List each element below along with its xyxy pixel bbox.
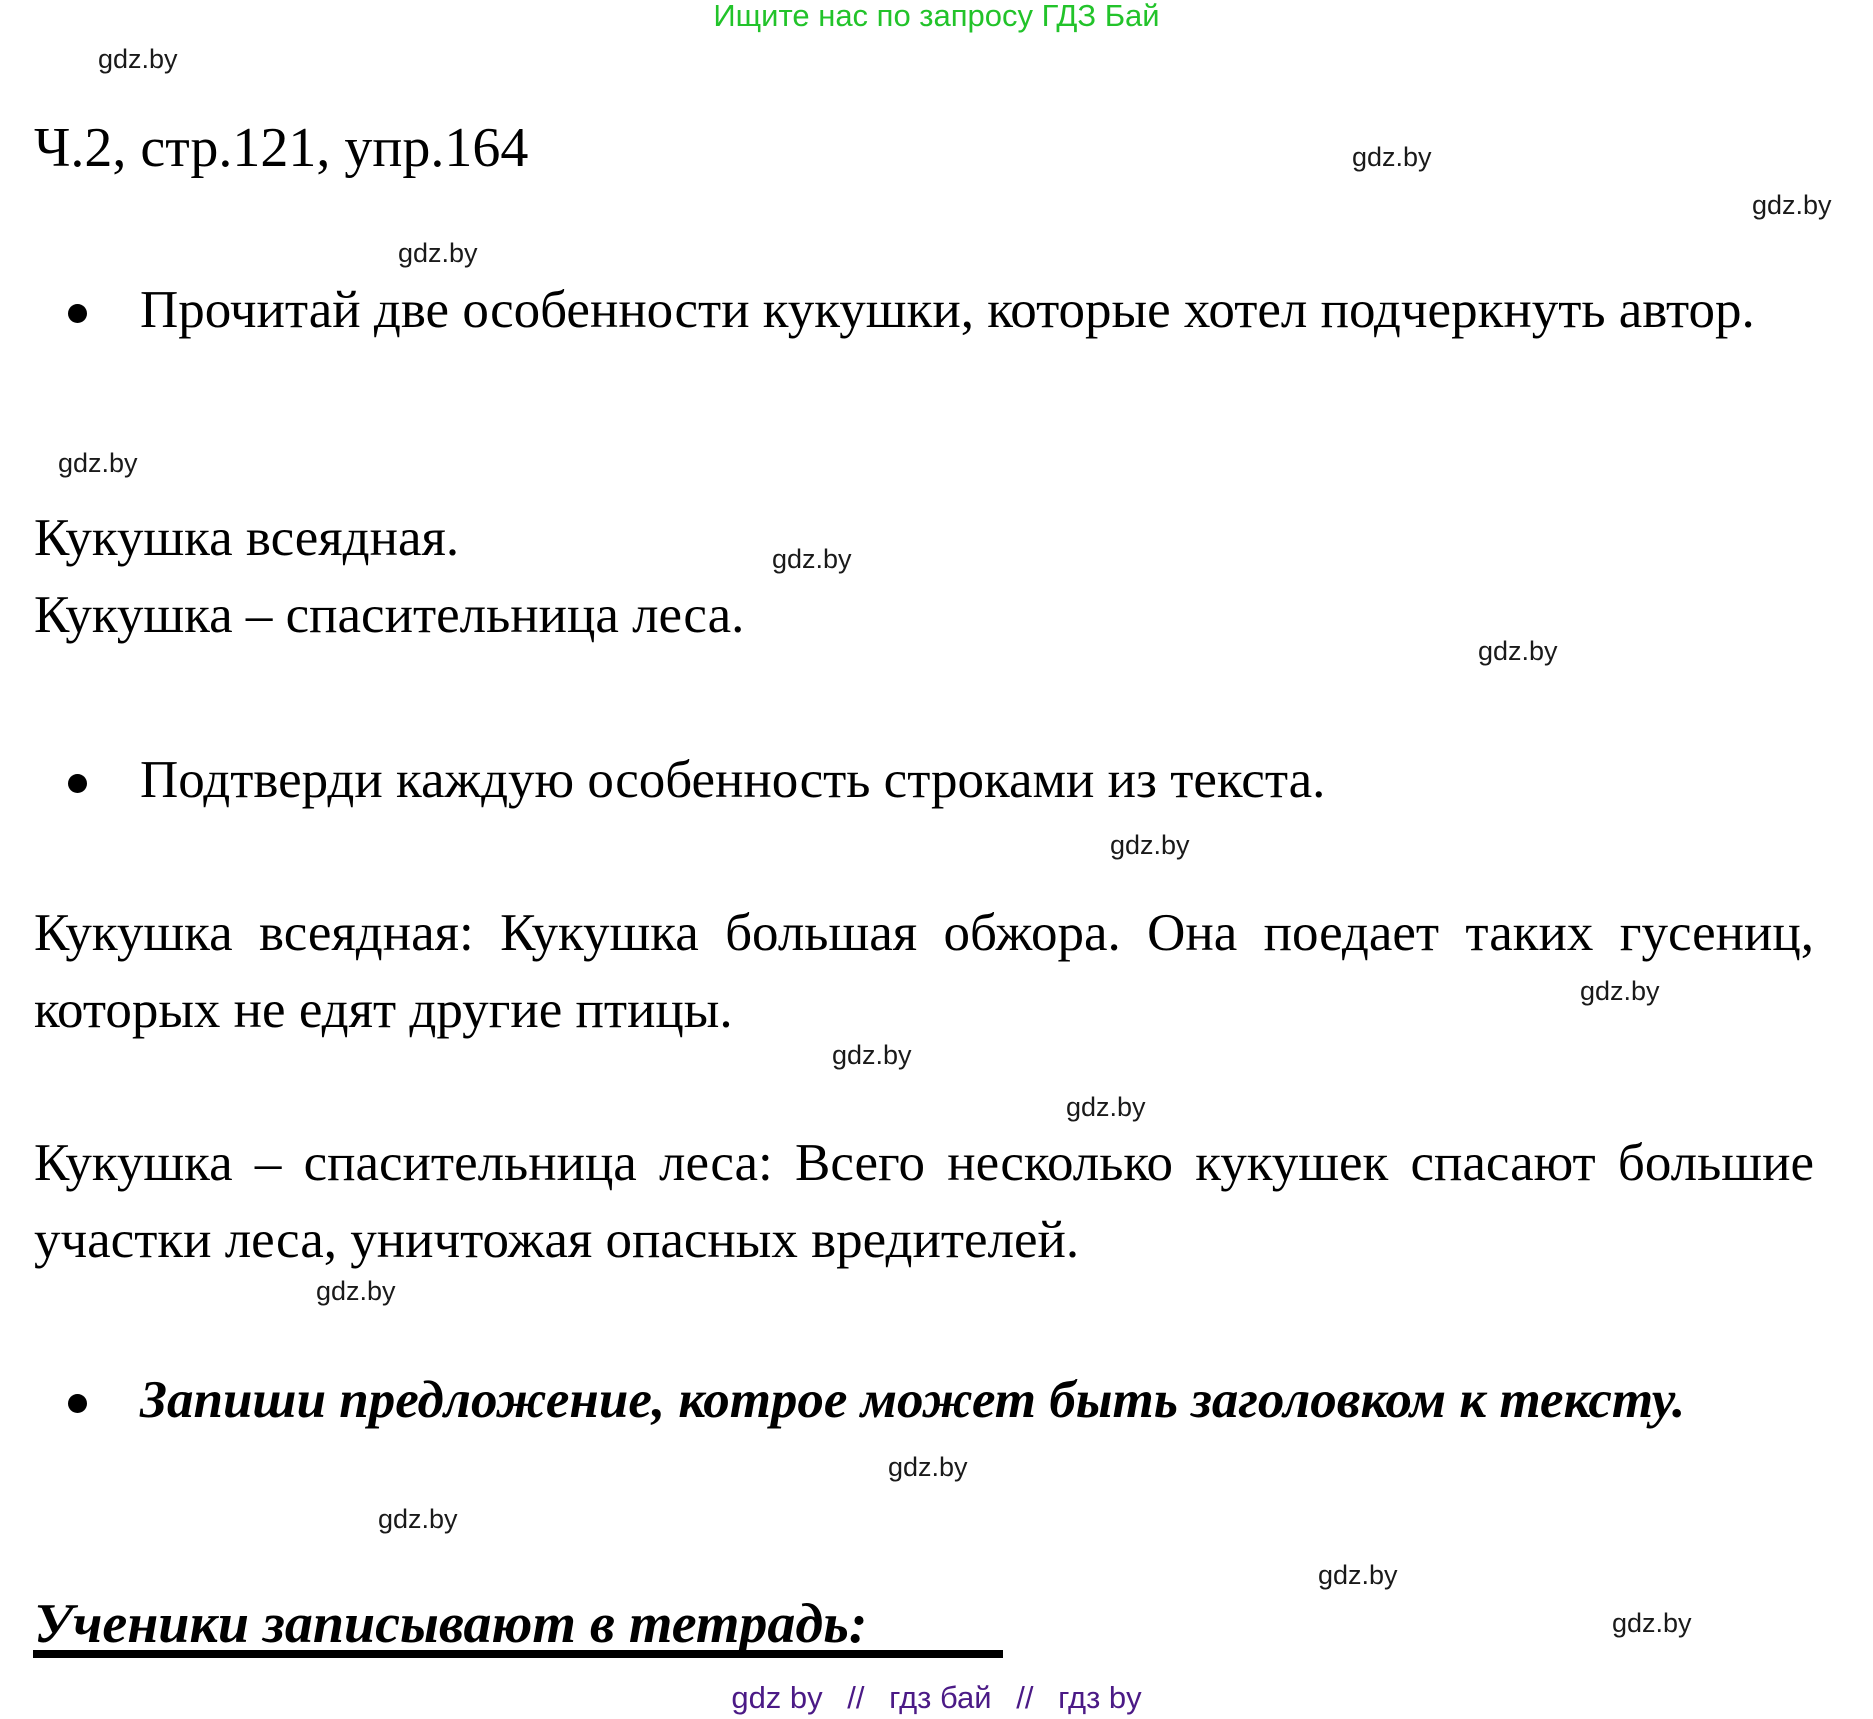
evidence-paragraph-2: Кукушка – спасительница леса: Всего неск… bbox=[34, 1125, 1814, 1279]
footer-separator: // bbox=[847, 1680, 864, 1715]
watermark: gdz.by bbox=[1478, 636, 1558, 667]
footer-links: gdz by // гдз бай // гдз by bbox=[0, 1680, 1873, 1716]
watermark: gdz.by bbox=[1110, 830, 1190, 861]
watermark: gdz.by bbox=[1752, 190, 1832, 221]
search-banner: Ищите нас по запросу ГДЗ Бай bbox=[0, 0, 1873, 34]
watermark: gdz.by bbox=[1066, 1092, 1146, 1123]
bullet-icon bbox=[68, 304, 87, 323]
bullet-icon bbox=[68, 774, 87, 793]
exercise-title: Ч.2, стр.121, упр.164 bbox=[34, 116, 528, 180]
evidence-paragraph-1: Кукушка всеядная: Кукушка большая обжора… bbox=[34, 895, 1814, 1049]
watermark: gdz.by bbox=[378, 1504, 458, 1535]
task-2: Подтверди каждую особенность строками из… bbox=[140, 742, 1815, 819]
feature-answer-2: Кукушка – спасительница леса. bbox=[34, 585, 744, 645]
footer-separator: // bbox=[1016, 1680, 1033, 1715]
watermark: gdz.by bbox=[1352, 142, 1432, 173]
footer-link-gdz-by-cyr[interactable]: гдз by bbox=[1058, 1680, 1142, 1715]
footer-link-gdz-bai[interactable]: гдз бай bbox=[889, 1680, 991, 1715]
watermark: gdz.by bbox=[1612, 1608, 1692, 1639]
notebook-headline: Ученики записывают в тетрадь: bbox=[34, 1592, 867, 1656]
watermark: gdz.by bbox=[888, 1452, 968, 1483]
task-1: Прочитай две особенности кукушки, которы… bbox=[140, 272, 1815, 349]
watermark: gdz.by bbox=[1318, 1560, 1398, 1591]
watermark: gdz.by bbox=[316, 1276, 396, 1307]
watermark: gdz.by bbox=[772, 544, 852, 575]
task-3: Запиши предложение, котрое может быть за… bbox=[140, 1362, 1815, 1439]
headline-underline bbox=[33, 1650, 1003, 1658]
bullet-icon bbox=[68, 1394, 87, 1413]
watermark: gdz.by bbox=[98, 44, 178, 75]
watermark: gdz.by bbox=[398, 238, 478, 269]
watermark: gdz.by bbox=[58, 448, 138, 479]
feature-answer-1: Кукушка всеядная. bbox=[34, 508, 459, 568]
footer-link-gdz-by[interactable]: gdz by bbox=[731, 1680, 822, 1715]
